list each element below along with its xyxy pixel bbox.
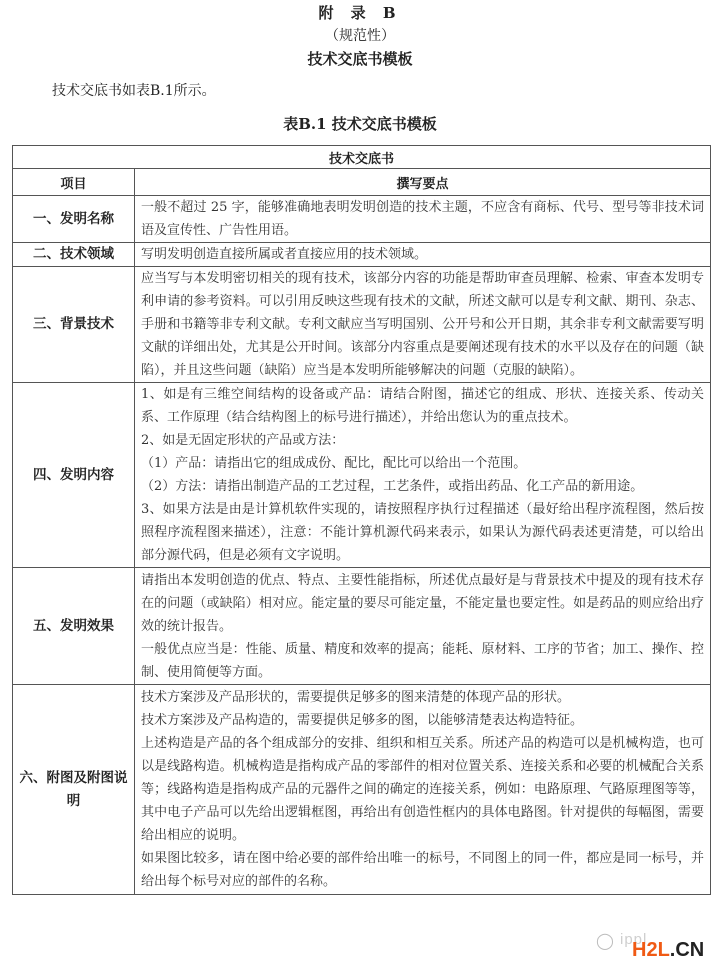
content-paragraph: 1、如是有三维空间结构的设备或产品：请结合附图，描述它的组成、形状、连接关系、传… — [141, 383, 704, 429]
content-paragraph: 技术方案涉及产品构造的，需要提供足够多的图，以能够清楚表达构造特征。 — [141, 709, 704, 732]
row-content: 应当写与本发明密切相关的现有技术，该部分内容的功能是帮助审查员理解、检索、审查本… — [135, 267, 711, 383]
content-paragraph: （2）方法：请指出制造产品的工艺过程，工艺条件，或指出药品、化工产品的新用途。 — [141, 475, 704, 498]
intro-text: 技术交底书如表B.1所示。 — [52, 81, 216, 101]
row-content: 1、如是有三维空间结构的设备或产品：请结合附图，描述它的组成、形状、连接关系、传… — [135, 383, 711, 568]
normative-label: （规范性） — [0, 25, 720, 47]
row-content: 写明发明创造直接所属或者直接应用的技术领域。 — [135, 243, 711, 267]
column-header-item: 项目 — [13, 169, 135, 196]
table-row: 一、发明名称 一般不超过 25 字，能够准确地表明发明创造的技术主题，不应含有商… — [13, 196, 711, 243]
table-row: 二、技术领域 写明发明创造直接所属或者直接应用的技术领域。 — [13, 243, 711, 267]
table-caption: 表B.1 技术交底书模板 — [0, 113, 720, 135]
row-content: 请指出本发明创造的优点、特点、主要性能指标，所述优点最好是与背景技术中提及的现有… — [135, 568, 711, 685]
row-item-label: 六、附图及附图说明 — [13, 685, 135, 895]
content-paragraph: 应当写与本发明密切相关的现有技术，该部分内容的功能是帮助审查员理解、检索、审查本… — [141, 267, 704, 382]
watermark-brand: H2L.CN — [632, 939, 704, 962]
table-header-row: 项目 撰写要点 — [13, 169, 711, 196]
table-row: 三、背景技术 应当写与本发明密切相关的现有技术，该部分内容的功能是帮助审查员理解… — [13, 267, 711, 383]
row-item-label: 一、发明名称 — [13, 196, 135, 243]
row-content: 一般不超过 25 字，能够准确地表明发明创造的技术主题，不应含有商标、代号、型号… — [135, 196, 711, 243]
brand-part-a: H2L — [632, 939, 670, 961]
row-item-label: 五、发明效果 — [13, 568, 135, 685]
brand-part-b: .CN — [670, 939, 704, 961]
content-paragraph: 技术方案涉及产品形状的，需要提供足够多的图来清楚的体现产品的形状。 — [141, 686, 704, 709]
disclosure-template-table: 技术交底书 项目 撰写要点 一、发明名称 一般不超过 25 字，能够准确地表明发… — [12, 145, 711, 895]
content-paragraph: （1）产品：请指出它的组成成份、配比，配比可以给出一个范围。 — [141, 452, 704, 475]
row-content: 技术方案涉及产品形状的，需要提供足够多的图来清楚的体现产品的形状。 技术方案涉及… — [135, 685, 711, 895]
table-caption-row: 技术交底书 — [13, 146, 711, 169]
content-paragraph: 一般优点应当是：性能、质量、精度和效率的提高；能耗、原材料、工序的节省；加工、操… — [141, 638, 704, 684]
table-row: 六、附图及附图说明 技术方案涉及产品形状的，需要提供足够多的图来清楚的体现产品的… — [13, 685, 711, 895]
content-paragraph: 写明发明创造直接所属或者直接应用的技术领域。 — [141, 243, 704, 266]
table-inner-caption: 技术交底书 — [13, 146, 711, 169]
appendix-label: 附 录 B — [0, 2, 720, 24]
table-row: 四、发明内容 1、如是有三维空间结构的设备或产品：请结合附图，描述它的组成、形状… — [13, 383, 711, 568]
content-paragraph: 一般不超过 25 字，能够准确地表明发明创造的技术主题，不应含有商标、代号、型号… — [141, 196, 704, 242]
content-paragraph: 2、如是无固定形状的产品或方法： — [141, 429, 704, 452]
row-item-label: 二、技术领域 — [13, 243, 135, 267]
wechat-icon: ◯ — [596, 931, 614, 951]
document-title: 技术交底书模板 — [0, 48, 720, 70]
table-row: 五、发明效果 请指出本发明创造的优点、特点、主要性能指标，所述优点最好是与背景技… — [13, 568, 711, 685]
content-paragraph: 3、如果方法是由是计算机软件实现的，请按照程序执行过程描述（最好给出程序流程图，… — [141, 498, 704, 567]
column-header-points: 撰写要点 — [135, 169, 711, 196]
row-item-label: 三、背景技术 — [13, 267, 135, 383]
content-paragraph: 上述构造是产品的各个组成部分的安排、组织和相互关系。所述产品的构造可以是机械构造… — [141, 732, 704, 847]
content-paragraph: 请指出本发明创造的优点、特点、主要性能指标，所述优点最好是与背景技术中提及的现有… — [141, 569, 704, 638]
row-item-label: 四、发明内容 — [13, 383, 135, 568]
content-paragraph: 如果图比较多，请在图中给必要的部件给出唯一的标号，不同图上的同一件，都应是同一标… — [141, 847, 704, 893]
